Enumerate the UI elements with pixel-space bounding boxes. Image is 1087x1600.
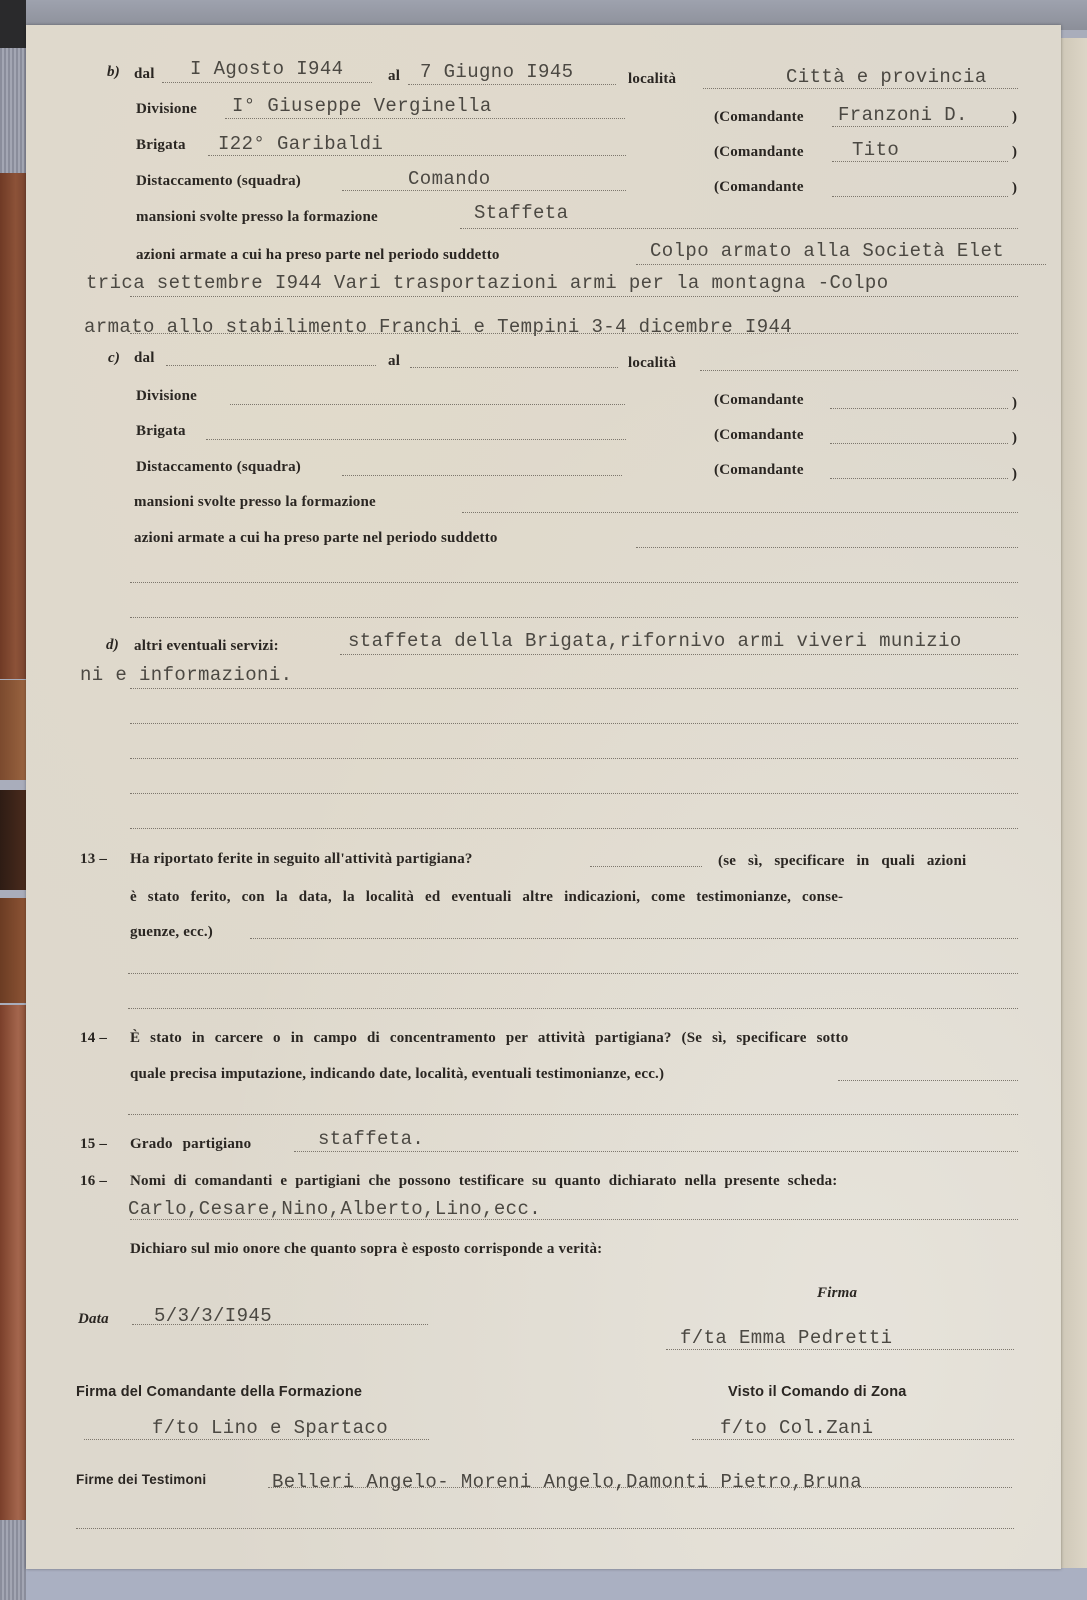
fabric-background [0, 48, 26, 173]
distaccamento-value: Comando [408, 168, 491, 190]
book-spine [0, 680, 26, 780]
question-14-answer-line-1 [838, 1080, 1018, 1081]
localita-line [703, 88, 1018, 89]
brigata-label: Brigata [136, 137, 186, 154]
comandante-line [830, 478, 1008, 479]
divisione-line [225, 118, 625, 119]
background-bottom [0, 1567, 1087, 1600]
question-14-answer-line-2 [128, 1114, 1018, 1115]
section-c-marker: c) [108, 350, 120, 367]
dal-line [162, 82, 372, 83]
azioni-line-1 [636, 264, 1046, 265]
divisione-line [230, 404, 625, 405]
mansioni-line [460, 228, 1018, 229]
distaccamento-line [342, 190, 626, 191]
brigata-line [206, 439, 626, 440]
localita-label: località [628, 355, 676, 372]
comando-zona-line [692, 1439, 1014, 1440]
question-13-text-line2: è stato ferito, con la data, la località… [130, 889, 843, 906]
altri-servizi-value-line-1: staffeta della Brigata,rifornivo armi vi… [348, 630, 962, 652]
brigata-comandante-line [832, 161, 1008, 162]
azioni-line-2 [130, 296, 1018, 297]
question-14-text-line1: È stato in carcere o in campo di concent… [130, 1030, 848, 1047]
azioni-label: azioni armate a cui ha preso parte nel p… [134, 530, 498, 547]
question-16-label: Nomi di comandanti e partigiani che poss… [130, 1173, 838, 1190]
book-spine [0, 1005, 26, 1520]
fabric-background [0, 1520, 26, 1600]
divisione-comandante-line [832, 126, 1008, 127]
comandante-label: (Comandante [714, 392, 804, 409]
mansioni-line [462, 512, 1018, 513]
al-value: 7 Giugno I945 [420, 61, 573, 83]
question-13-detail-line-1 [250, 938, 1018, 939]
question-13-number: 13 – [80, 851, 107, 868]
azioni-line-2 [130, 582, 1018, 583]
altri-servizi-line-1 [340, 654, 1018, 655]
azioni-label: azioni armate a cui ha preso parte nel p… [136, 247, 500, 264]
comandante-line [830, 443, 1008, 444]
dal-value: I Agosto I944 [190, 58, 343, 80]
question-14-text-line2: quale precisa imputazione, indicando dat… [130, 1066, 664, 1083]
dal-label: dal [134, 350, 155, 367]
firma-value: f/ta Emma Pedretti [680, 1327, 892, 1349]
question-13-answer-line [590, 866, 702, 867]
divisione-comandante-label: (Comandante [714, 109, 804, 126]
question-13-text-line3: guenze, ecc.) [130, 924, 213, 941]
question-15-answer-line [294, 1151, 1018, 1152]
book-spine [0, 790, 26, 890]
distaccamento-line [342, 475, 622, 476]
localita-line [700, 370, 1018, 371]
firma-line [666, 1349, 1014, 1350]
mansioni-value: Staffeta [474, 202, 568, 224]
brigata-value: I22° Garibaldi [218, 133, 383, 155]
altri-servizi-line-2 [130, 688, 1018, 689]
comandante-formazione-value: f/to Lino e Spartaco [152, 1417, 388, 1439]
question-15-label: Grado partigiano [130, 1136, 251, 1153]
question-13-detail-line-3 [128, 1008, 1018, 1009]
adjacent-page-edge [1060, 38, 1087, 1568]
al-line [410, 367, 618, 368]
azioni-line-3 [130, 617, 1018, 618]
divisione-label: Divisione [136, 101, 197, 118]
testimoni-label: Firme dei Testimoni [76, 1472, 206, 1487]
question-13-text-cont: (se sì, specificare in quali azioni [718, 853, 966, 870]
mansioni-label: mansioni svolte presso la formazione [136, 209, 378, 226]
close-paren: ) [1012, 466, 1017, 483]
azioni-value-line-3: armato allo stabilimento Franchi e Tempi… [84, 316, 792, 338]
question-15-number: 15 – [80, 1136, 107, 1153]
close-paren: ) [1012, 109, 1017, 126]
localita-value: Città e provincia [786, 66, 987, 88]
localita-label: località [628, 71, 676, 88]
question-15-value: staffeta. [318, 1128, 424, 1150]
comandante-label: (Comandante [714, 427, 804, 444]
question-14-number: 14 – [80, 1030, 107, 1047]
altri-servizi-label: altri eventuali servizi: [134, 638, 279, 655]
book-spine [0, 0, 26, 48]
comandante-formazione-label: Firma del Comandante della Formazione [76, 1384, 362, 1400]
al-label: al [388, 353, 400, 370]
altri-servizi-line-3 [130, 723, 1018, 724]
declaration-text: Dichiaro sul mio onore che quanto sopra … [130, 1241, 602, 1258]
altri-servizi-line-5 [130, 793, 1018, 794]
close-paren: ) [1012, 180, 1017, 197]
close-paren: ) [1012, 430, 1017, 447]
question-13-text: Ha riportato ferite in seguito all'attiv… [130, 851, 473, 868]
question-16-number: 16 – [80, 1173, 107, 1190]
data-label: Data [78, 1311, 109, 1328]
question-13-detail-line-2 [128, 973, 1018, 974]
divisione-value: I° Giuseppe Verginella [232, 95, 492, 117]
mansioni-label: mansioni svolte presso la formazione [134, 494, 376, 511]
altri-servizi-value-line-2: ni e informazioni. [80, 664, 292, 686]
dal-label: dal [134, 66, 155, 83]
data-value: 5/3/3/I945 [154, 1305, 272, 1327]
book-spine [0, 898, 26, 1003]
brigata-label: Brigata [136, 423, 186, 440]
al-line [408, 84, 616, 85]
al-label: al [388, 68, 400, 85]
close-paren: ) [1012, 144, 1017, 161]
book-spine [0, 173, 26, 679]
comando-zona-label: Visto il Comando di Zona [728, 1384, 907, 1400]
divisione-comandante-value: Franzoni D. [838, 104, 968, 126]
dal-line [166, 365, 376, 366]
close-paren: ) [1012, 395, 1017, 412]
brigata-comandante-value: Tito [852, 139, 899, 161]
comando-zona-value: f/to Col.Zani [720, 1417, 873, 1439]
azioni-value-line-1: Colpo armato alla Società Elet [650, 240, 1004, 262]
azioni-value-line-2: trica settembre I944 Vari trasportazioni… [86, 272, 889, 294]
distaccamento-comandante-label: (Comandante [714, 179, 804, 196]
section-d-marker: d) [106, 637, 119, 654]
altri-servizi-line-4 [130, 758, 1018, 759]
altri-servizi-line-6 [130, 828, 1018, 829]
distaccamento-comandante-line [832, 196, 1008, 197]
distaccamento-label: Distaccamento (squadra) [136, 173, 301, 190]
section-b-marker: b) [107, 64, 120, 81]
comandante-label: (Comandante [714, 462, 804, 479]
comandante-formazione-line [84, 1439, 429, 1440]
brigata-line [208, 155, 626, 156]
brigata-comandante-label: (Comandante [714, 144, 804, 161]
distaccamento-label: Distaccamento (squadra) [136, 459, 301, 476]
question-16-value: Carlo,Cesare,Nino,Alberto,Lino,ecc. [128, 1198, 541, 1220]
comandante-line [830, 408, 1008, 409]
firma-label: Firma [817, 1285, 857, 1302]
testimoni-line-2 [76, 1528, 1014, 1529]
testimoni-value: Belleri Angelo- Moreni Angelo,Damonti Pi… [272, 1471, 862, 1493]
divisione-label: Divisione [136, 388, 197, 405]
azioni-line-1 [636, 547, 1018, 548]
